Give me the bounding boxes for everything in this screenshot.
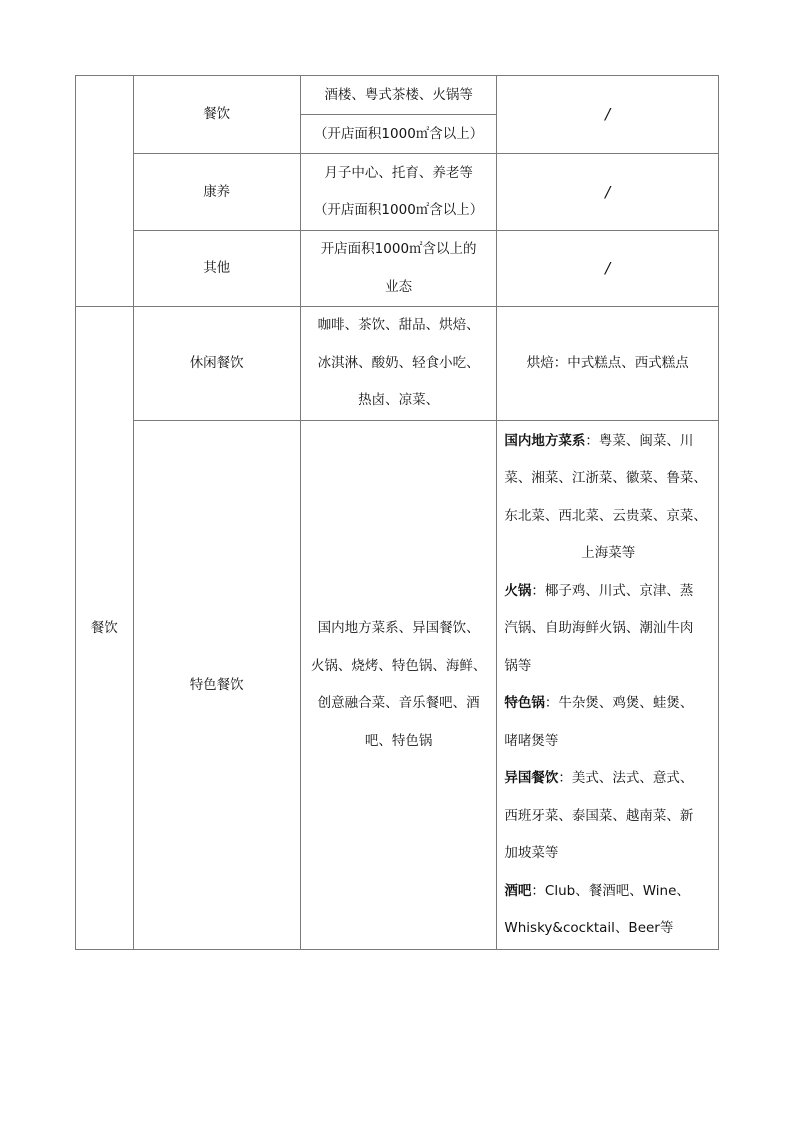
description-cell: 月子中心、托育、养老等 （开店面积1000㎡含以上） bbox=[300, 154, 497, 231]
notes-line: 西班牙菜、泰国菜、越南菜、新 bbox=[504, 798, 712, 836]
description-line: 热卤、凉菜、 bbox=[307, 382, 491, 420]
category-cell: 休闲餐饮 bbox=[133, 307, 300, 421]
description-line: 月子中心、托育、养老等 bbox=[307, 155, 491, 193]
table-row: 特色餐饮 国内地方菜系、异国餐饮、 火锅、烧烤、特色锅、海鲜、 创意融合菜、音乐… bbox=[76, 421, 719, 950]
notes-cell: 烘焙：中式糕点、西式糕点 bbox=[497, 307, 719, 421]
notes-cell: / bbox=[497, 76, 719, 154]
notes-line: 特色锅：牛杂煲、鸡煲、蛙煲、 bbox=[504, 685, 712, 723]
description-cell: 咖啡、茶饮、甜品、烘焙、 冰淇淋、酸奶、轻食小吃、 热卤、凉菜、 bbox=[300, 307, 497, 421]
description-line: 火锅、烧烤、特色锅、海鲜、 bbox=[307, 648, 491, 686]
notes-line: 加坡菜等 bbox=[504, 835, 712, 873]
description-line: （开店面积1000㎡含以上） bbox=[301, 115, 497, 153]
notes-cell: 国内地方菜系：粤菜、闽菜、川 菜、湘菜、江浙菜、徽菜、鲁菜、 东北菜、西北菜、云… bbox=[497, 421, 719, 950]
description-cell: 酒楼、粤式茶楼、火锅等 （开店面积1000㎡含以上） bbox=[300, 76, 497, 154]
description-cell: 国内地方菜系、异国餐饮、 火锅、烧烤、特色锅、海鲜、 创意融合菜、音乐餐吧、酒 … bbox=[300, 421, 497, 950]
notes-heading: 火锅 bbox=[504, 583, 531, 599]
notes-heading: 特色锅 bbox=[504, 695, 545, 711]
description-line: 冰淇淋、酸奶、轻食小吃、 bbox=[307, 345, 491, 383]
category-cell: 特色餐饮 bbox=[133, 421, 300, 950]
description-line: 业态 bbox=[307, 269, 491, 307]
description-line: （开店面积1000㎡含以上） bbox=[307, 192, 491, 230]
notes-line: 国内地方菜系：粤菜、闽菜、川 bbox=[504, 423, 712, 461]
group-cell bbox=[76, 76, 134, 307]
description-line: 咖啡、茶饮、甜品、烘焙、 bbox=[307, 307, 491, 345]
description-line: 酒楼、粤式茶楼、火锅等 bbox=[301, 76, 497, 115]
notes-line: 酒吧：Club、餐酒吧、Wine、 bbox=[504, 873, 712, 911]
notes-cell: / bbox=[497, 231, 719, 307]
notes-heading: 异国餐饮 bbox=[504, 770, 558, 786]
notes-line: 菜、湘菜、江浙菜、徽菜、鲁菜、 bbox=[504, 460, 712, 498]
document-page: 餐饮 酒楼、粤式茶楼、火锅等 （开店面积1000㎡含以上） / 康养 月子中心、… bbox=[0, 0, 794, 1122]
business-category-table: 餐饮 酒楼、粤式茶楼、火锅等 （开店面积1000㎡含以上） / 康养 月子中心、… bbox=[75, 75, 719, 950]
table-row: 其他 开店面积1000㎡含以上的 业态 / bbox=[76, 231, 719, 307]
description-line: 吧、特色锅 bbox=[307, 723, 491, 761]
notes-cell: / bbox=[497, 154, 719, 231]
group-cell: 餐饮 bbox=[76, 307, 134, 950]
description-line: 创意融合菜、音乐餐吧、酒 bbox=[307, 685, 491, 723]
notes-line: 啫啫煲等 bbox=[504, 723, 712, 761]
notes-line: Whisky&cocktail、Beer等 bbox=[504, 910, 712, 948]
description-cell: 开店面积1000㎡含以上的 业态 bbox=[300, 231, 497, 307]
notes-line: 上海菜等 bbox=[504, 535, 712, 573]
category-cell: 餐饮 bbox=[133, 76, 300, 154]
table-row: 餐饮 酒楼、粤式茶楼、火锅等 （开店面积1000㎡含以上） / bbox=[76, 76, 719, 154]
notes-heading: 酒吧 bbox=[504, 883, 531, 899]
notes-line: 异国餐饮：美式、法式、意式、 bbox=[504, 760, 712, 798]
notes-heading: 国内地方菜系 bbox=[504, 433, 585, 449]
notes-line: 汽锅、自助海鲜火锅、潮汕牛肉 bbox=[504, 610, 712, 648]
notes-line: 东北菜、西北菜、云贵菜、京菜、 bbox=[504, 498, 712, 536]
description-line: 开店面积1000㎡含以上的 bbox=[307, 231, 491, 269]
description-line: 国内地方菜系、异国餐饮、 bbox=[307, 610, 491, 648]
category-cell: 其他 bbox=[133, 231, 300, 307]
table-row: 餐饮 休闲餐饮 咖啡、茶饮、甜品、烘焙、 冰淇淋、酸奶、轻食小吃、 热卤、凉菜、… bbox=[76, 307, 719, 421]
table-row: 康养 月子中心、托育、养老等 （开店面积1000㎡含以上） / bbox=[76, 154, 719, 231]
category-cell: 康养 bbox=[133, 154, 300, 231]
notes-line: 锅等 bbox=[504, 648, 712, 686]
notes-line: 火锅：椰子鸡、川式、京津、蒸 bbox=[504, 573, 712, 611]
